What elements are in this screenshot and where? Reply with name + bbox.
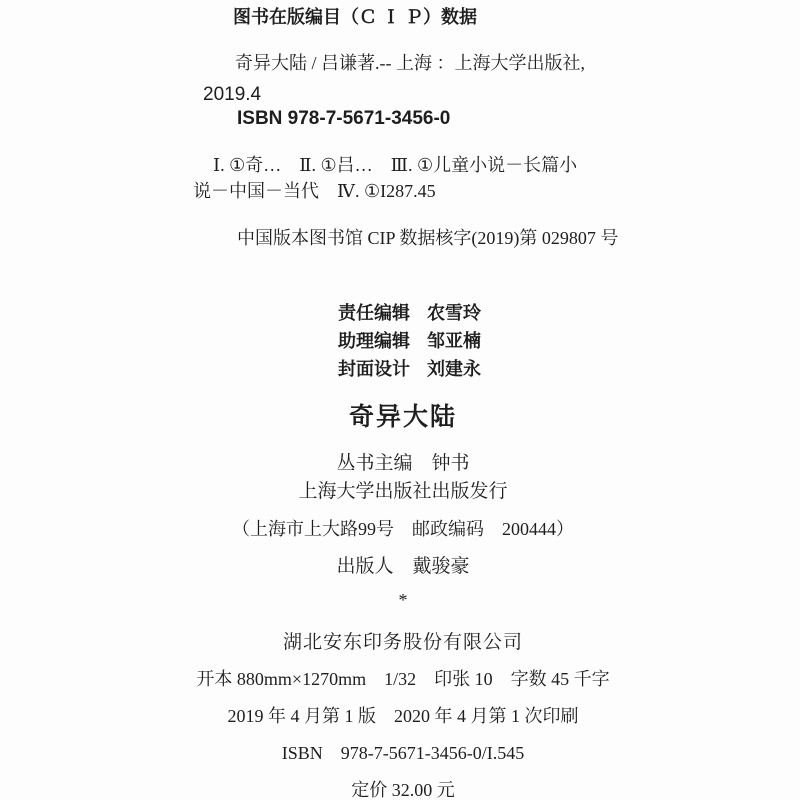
publisher-person: 出版人 戴骏豪 [0,555,800,579]
edition-line: 2019 年 4 月第 1 版 2020 年 4 月第 1 次印刷 [0,705,800,728]
copyright-page: 图书在版编目（Ｃ Ｉ Ｐ）数据 奇异大陆 / 吕谦著.-- 上海 ：上海大学出版… [0,0,800,800]
isbn-price-code: ISBN 978-7-5671-3456-0/I.545 [0,742,800,765]
format-line: 开本 880mm×1270mm 1/32 印张 10 字数 45 千字 [0,668,800,691]
credit-row-responsible-editor: 责任编辑 农雪玲 [338,299,481,327]
credit-label: 封面设计 [338,355,410,383]
printer-line: 湖北安东印务股份有限公司 [0,631,800,655]
cip-isbn: ISBN 978-7-5671-3456-0 [237,107,450,131]
cip-classification-line1: Ⅰ. ①奇… Ⅱ. ①吕… Ⅲ. ①儿童小说－长篇小 [213,154,577,177]
editorial-credits: 责任编辑 农雪玲 助理编辑 邹亚楠 封面设计 刘建永 [338,299,481,383]
credit-name: 刘建永 [427,355,481,383]
credit-name: 邹亚楠 [427,327,481,355]
credit-row-assistant-editor: 助理编辑 邹亚楠 [338,327,481,355]
credit-name: 农雪玲 [427,299,481,327]
publisher-line: 上海大学出版社出版发行 [0,480,800,504]
book-title: 奇异大陆 [0,402,800,433]
credit-row-cover-designer: 封面设计 刘建永 [338,355,481,383]
credit-label: 责任编辑 [338,299,410,327]
cip-classification-line2: 说－中国－当代 Ⅳ. ①I287.45 [193,180,436,203]
credit-label: 助理编辑 [338,327,410,355]
publisher-address: （上海市上大路99号 邮政编码 200444） [0,518,800,541]
cip-record-number: 中国版本图书馆 CIP 数据核字(2019)第 029807 号 [237,227,618,250]
series-editor: 丛书主编 钟书 [0,452,800,476]
divider-asterisk: * [0,589,800,612]
cip-entry-line2: 2019.4 [203,83,261,107]
cip-entry-line1: 奇异大陆 / 吕谦著.-- 上海 ：上海大学出版社, [235,52,585,75]
price-line: 定价 32.00 元 [0,779,800,800]
cip-heading: 图书在版编目（Ｃ Ｉ Ｐ）数据 [233,6,477,29]
